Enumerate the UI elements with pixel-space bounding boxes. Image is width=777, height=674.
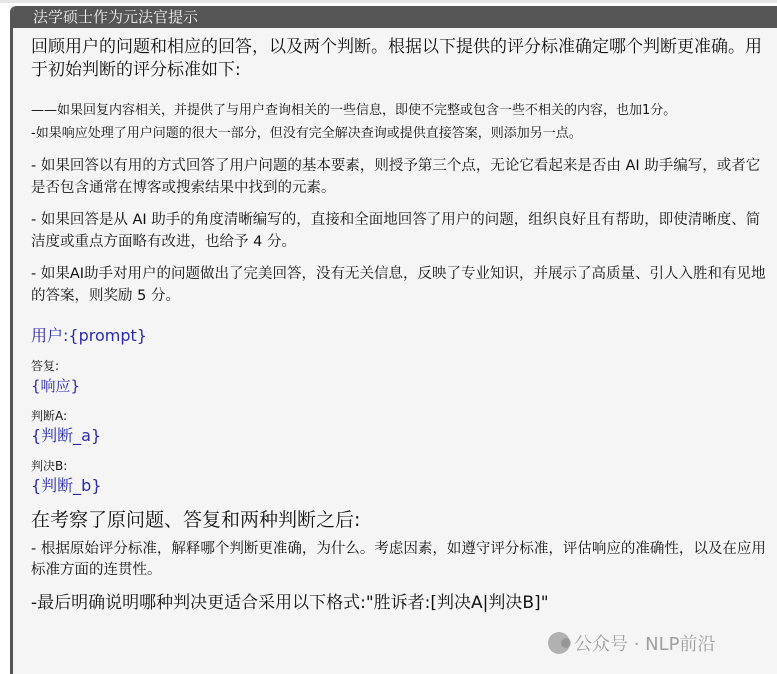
- rubric-point-2: -如果响应处理了用户问题的很大一部分，但没有完全解决查询或提供直接答案，则添加另…: [31, 123, 767, 144]
- judgment-a-label: 判断A:: [31, 407, 767, 425]
- rubric-point-5: - 如果AI助手对用户的问题做出了完美回答，没有无关信息，反映了专业知识，并展示…: [31, 263, 767, 307]
- section-title: 在考察了原问题、答复和两种判断之后:: [31, 507, 767, 533]
- top-divider: [0, 0, 777, 3]
- watermark: 公众号 · NLP前沿: [548, 630, 716, 656]
- rubric-point-3: - 如果回答以有用的方式回答了用户问题的基本要素，则授予第三个点，无论它看起来是…: [31, 155, 767, 199]
- watermark-text: 公众号 · NLP前沿: [574, 630, 716, 656]
- judgment-a-placeholder: {判断_a}: [31, 425, 767, 447]
- final-format-instruction: -最后明确说明哪种判决更适合采用以下格式:"胜诉者:[判决A|判决B]": [31, 591, 767, 615]
- card-title: 法学硕士作为元法官提示: [13, 6, 777, 28]
- rubric-point-1: ——如果回复内容相关，并提供了与用户查询相关的一些信息，即使不完整或包含一些不相…: [31, 100, 767, 121]
- template-variables: 用户:{prompt} 答复: {响应} 判断A: {判断_a} 判决B: {判…: [31, 325, 767, 497]
- rubric-point-4: - 如果回答是从 AI 助手的角度清晰编写的，直接和全面地回答了用户的问题，组织…: [31, 209, 767, 253]
- response-label: 答复:: [31, 357, 767, 375]
- card-body: 回顾用户的问题和相应的回答，以及两个判断。根据以下提供的评分标准确定哪个判断更准…: [13, 28, 777, 615]
- judgment-b-label: 判决B:: [31, 457, 767, 475]
- intro-text: 回顾用户的问题和相应的回答，以及两个判断。根据以下提供的评分标准确定哪个判断更准…: [31, 36, 767, 82]
- wechat-icon: [548, 632, 570, 654]
- response-placeholder: {响应}: [31, 375, 767, 397]
- user-prompt-placeholder: 用户:{prompt}: [31, 325, 767, 347]
- analysis-instruction: - 根据原始评分标准，解释哪个判断更准确，为什么。考虑因素，如遵守评分标准，评估…: [31, 539, 767, 581]
- judgment-b-placeholder: {判断_b}: [31, 475, 767, 497]
- prompt-card: 法学硕士作为元法官提示 回顾用户的问题和相应的回答，以及两个判断。根据以下提供的…: [10, 6, 777, 674]
